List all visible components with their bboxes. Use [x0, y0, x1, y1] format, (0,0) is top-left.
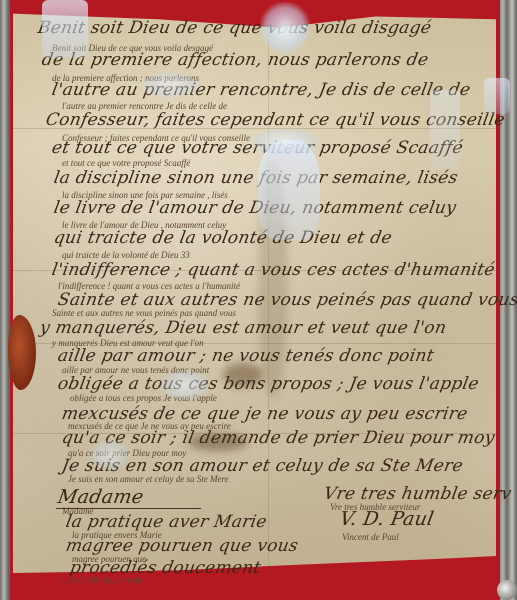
signature: V. D. Paul: [338, 508, 436, 530]
closing: Vre tres humble serv: [322, 484, 513, 504]
transcription-gloss: et tout ce que votre proposé Scaaffé: [62, 158, 190, 168]
letter-line: Benit soit Dieu de ce que vous voila dis…: [36, 18, 433, 38]
glass-reflection: [260, 2, 310, 54]
transcription-gloss: Sainte et aux autres ne vous peinés pas …: [52, 308, 236, 318]
letter-line: Sainte et aux autres ne vous peinés pas …: [56, 290, 517, 310]
transcription-gloss: y procediés doucement: [60, 575, 142, 585]
glass-reflection: [430, 90, 460, 170]
frame-ornament: [497, 580, 517, 600]
transcription-gloss: Vincent de Paul: [342, 532, 399, 542]
transcription-gloss: qui traicte de la volonté de Dieu 33: [62, 250, 190, 260]
glass-reflection: [160, 370, 210, 400]
glass-reflection: [140, 72, 200, 98]
letter-line: le livre de l'amour de Dieu, notamment c…: [52, 198, 458, 218]
glass-reflection: [250, 128, 320, 156]
letter-line: aille par amour ; ne vous tenés donc poi…: [56, 346, 435, 366]
glass-reflection: [90, 440, 130, 470]
transcription-gloss: Je suis en son amour et celuy de sa Ste …: [68, 474, 229, 484]
letter-line: obligée a tous ces bons propos ; Je vous…: [56, 374, 480, 394]
postscript-line: magree pouruen que vous: [64, 536, 300, 556]
glass-reflection: [42, 0, 88, 58]
letter-line: la discipline sinon une fois par semaine…: [52, 168, 459, 188]
letter-line: de la premiere affection, nous parlerons…: [40, 50, 430, 70]
letter-line: l'autre au premier rencontre, Je dis de …: [50, 80, 472, 100]
letter-line: y manquerés, Dieu est amour et veut que …: [38, 318, 448, 338]
postscript-line: la pratique aver Marie: [64, 512, 268, 532]
letter-line: l'indifference ; quant a vous ces actes …: [50, 260, 496, 280]
letter-line: qui traicte de la volonté de Dieu et de: [52, 228, 393, 248]
glass-reflection: [484, 78, 510, 114]
